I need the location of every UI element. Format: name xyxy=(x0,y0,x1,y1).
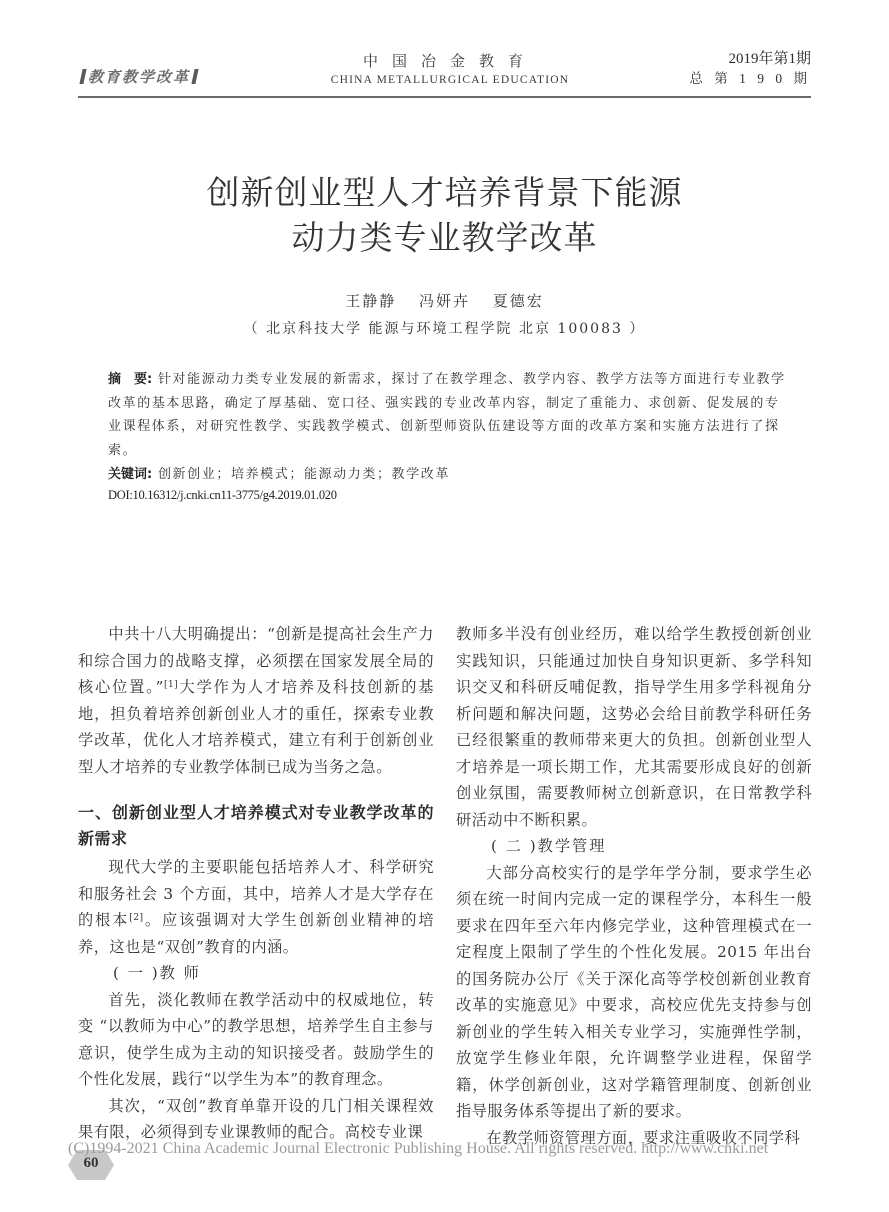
paragraph: 现代大学的主要职能包括培养人才、科学研究和服务社会 3 个方面，其中，培养人才是… xyxy=(78,854,434,960)
article-title: 创新创业型人才培养背景下能源 动力类专业教学改革 xyxy=(0,170,889,260)
paragraph: 中共十八大明确提出：“创新是提高社会生产力和综合国力的战略支撑，必须摆在国家发展… xyxy=(78,621,434,780)
abstract: 摘 要: 针对能源动力类专业发展的新需求，探讨了在教学理念、教学内容、教学方法等… xyxy=(108,368,790,462)
doi: DOI:10.16312/j.cnki.cn11-3775/g4.2019.01… xyxy=(108,488,337,503)
total-issue-number: 总 第 1 9 0 期 xyxy=(689,69,811,88)
paragraph: 首先，淡化教师在教学活动中的权威地位，转变 “以教师为中心”的教学思想，培养学生… xyxy=(78,987,434,1093)
journal-name-cn: 中国冶金教育 xyxy=(330,50,570,71)
abstract-text: 针对能源动力类专业发展的新需求，探讨了在教学理念、教学内容、教学方法等方面进行专… xyxy=(108,372,786,458)
paragraph: 其次，“双创”教育单靠开设的几门相关课程效果有限，必须得到专业课教师的配合。高校… xyxy=(78,1093,434,1146)
body-column-left: 中共十八大明确提出：“创新是提高社会生产力和综合国力的战略支撑，必须摆在国家发展… xyxy=(78,621,434,1146)
copyright-watermark: (C)1994-2021 China Academic Journal Elec… xyxy=(68,1140,768,1158)
keywords-label: 关键词: xyxy=(108,467,152,482)
body-column-right: 教师多半没有创业经历，难以给学生教授创新创业实践知识，只能通过加快自身知识更新、… xyxy=(456,621,812,1151)
section-tag-label: 教育教学改革 xyxy=(88,68,190,86)
section-tag: 教育教学改革 xyxy=(78,66,200,87)
header-rule xyxy=(78,96,811,98)
issue-number: 2019年第1期 xyxy=(689,50,811,69)
author: 王静静 xyxy=(345,292,396,310)
paragraph: 大部分高校实行的是学年学分制，要求学生必须在统一时间内完成一定的课程学分，本科生… xyxy=(456,860,812,1125)
issue-info: 2019年第1期 总 第 1 9 0 期 xyxy=(689,50,811,88)
page-number: 60 xyxy=(68,1155,114,1172)
subsection-heading: ( 二 )教学管理 xyxy=(456,833,812,860)
author-list: 王静静 冯妍卉 夏德宏 xyxy=(0,290,889,311)
section-heading: 一、创新创业型人才培养模式对专业教学改革的新需求 xyxy=(78,800,434,852)
bracket-left-icon xyxy=(79,69,86,84)
keywords-text: 创新创业；培养模式；能源动力类；教学改革 xyxy=(158,467,450,482)
affiliation: （ 北京科技大学 能源与环境工程学院 北京 100083 ） xyxy=(0,318,889,338)
keywords: 关键词: 创新创业；培养模式；能源动力类；教学改革 xyxy=(108,464,790,486)
journal-name-en: CHINA METALLURGICAL EDUCATION xyxy=(300,74,600,86)
title-line-2: 动力类专业教学改革 xyxy=(0,215,889,260)
citation-ref: [1] xyxy=(164,680,178,690)
paragraph: 教师多半没有创业经历，难以给学生教授创新创业实践知识，只能通过加快自身知识更新、… xyxy=(456,621,812,833)
author: 夏德宏 xyxy=(493,292,544,310)
citation-ref: [2] xyxy=(129,913,143,923)
subsection-heading: ( 一 )教 师 xyxy=(78,960,434,987)
author: 冯妍卉 xyxy=(419,292,470,310)
bracket-right-icon xyxy=(191,69,198,84)
title-line-1: 创新创业型人才培养背景下能源 xyxy=(0,170,889,215)
abstract-label: 摘 要: xyxy=(108,372,152,387)
